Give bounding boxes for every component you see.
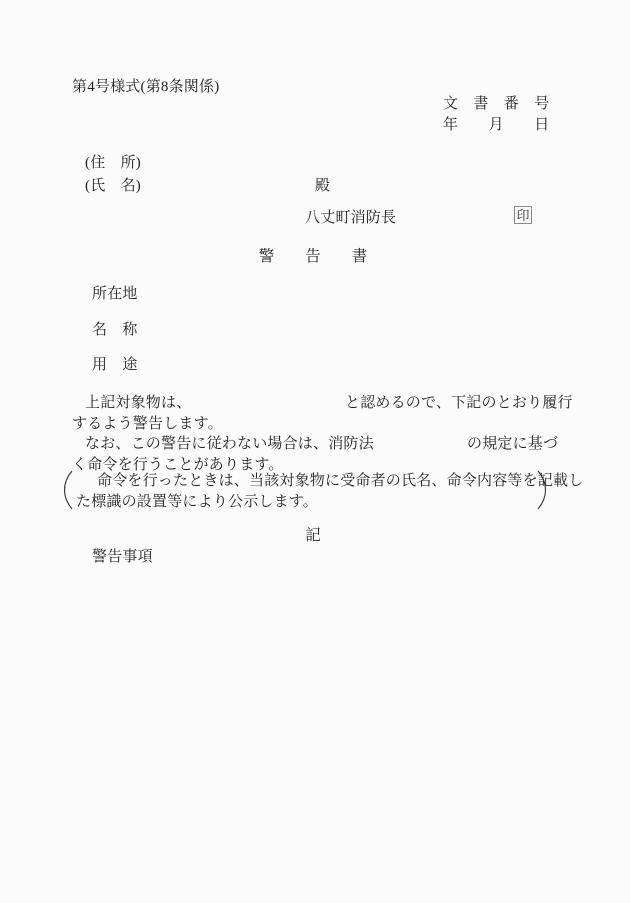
issuer-name: 八丈町消防長: [305, 211, 396, 226]
note-open-bracket-icon: [63, 470, 73, 510]
seal-stamp-box: 印: [514, 206, 532, 224]
form-number: 第4号様式(第8条関係): [72, 80, 219, 95]
field-name-label: 名 称: [92, 323, 138, 338]
blank-field-reason: [200, 396, 342, 412]
field-location-label: 所在地: [92, 287, 138, 302]
warning-letter-document: 第4号様式(第8条関係) 文 書 番 号 年 月 日 (住 所) (氏 名) 殿…: [0, 0, 630, 903]
body-line1-left: 上記対象物は、: [85, 396, 191, 411]
note-line2: た標識の設置等により公示します。: [76, 495, 318, 510]
doc-number-label: 文 書 番 号: [443, 97, 549, 112]
recipient-honorific: 殿: [315, 179, 330, 194]
recipient-name-label: (氏 名): [85, 179, 141, 194]
body-line4: く命令を行うことがあります。: [72, 458, 284, 473]
blank-field-law-article: [380, 437, 464, 453]
field-use-label: 用 途: [92, 358, 138, 373]
body-line3-left: なお、この警告に従わない場合は、消防法: [85, 437, 374, 452]
seal-character: 印: [516, 209, 529, 222]
body-line3-right: の規定に基づ: [467, 437, 558, 452]
recipient-address-label: (住 所): [85, 156, 141, 171]
body-line1-right: と認めるので、下記のとおり履行: [345, 396, 573, 411]
ki-separator: 記: [0, 528, 626, 544]
date-label: 年 月 日: [443, 118, 549, 133]
body-line2: するよう警告します。: [72, 417, 223, 432]
warning-items-label: 警告事項: [92, 550, 153, 565]
document-title: 警 告 書: [0, 249, 626, 265]
note-close-bracket-icon: [537, 470, 547, 510]
note-line1: 命令を行ったときは、当該対象物に受命者の氏名、命令内容等を記載し: [97, 474, 583, 489]
